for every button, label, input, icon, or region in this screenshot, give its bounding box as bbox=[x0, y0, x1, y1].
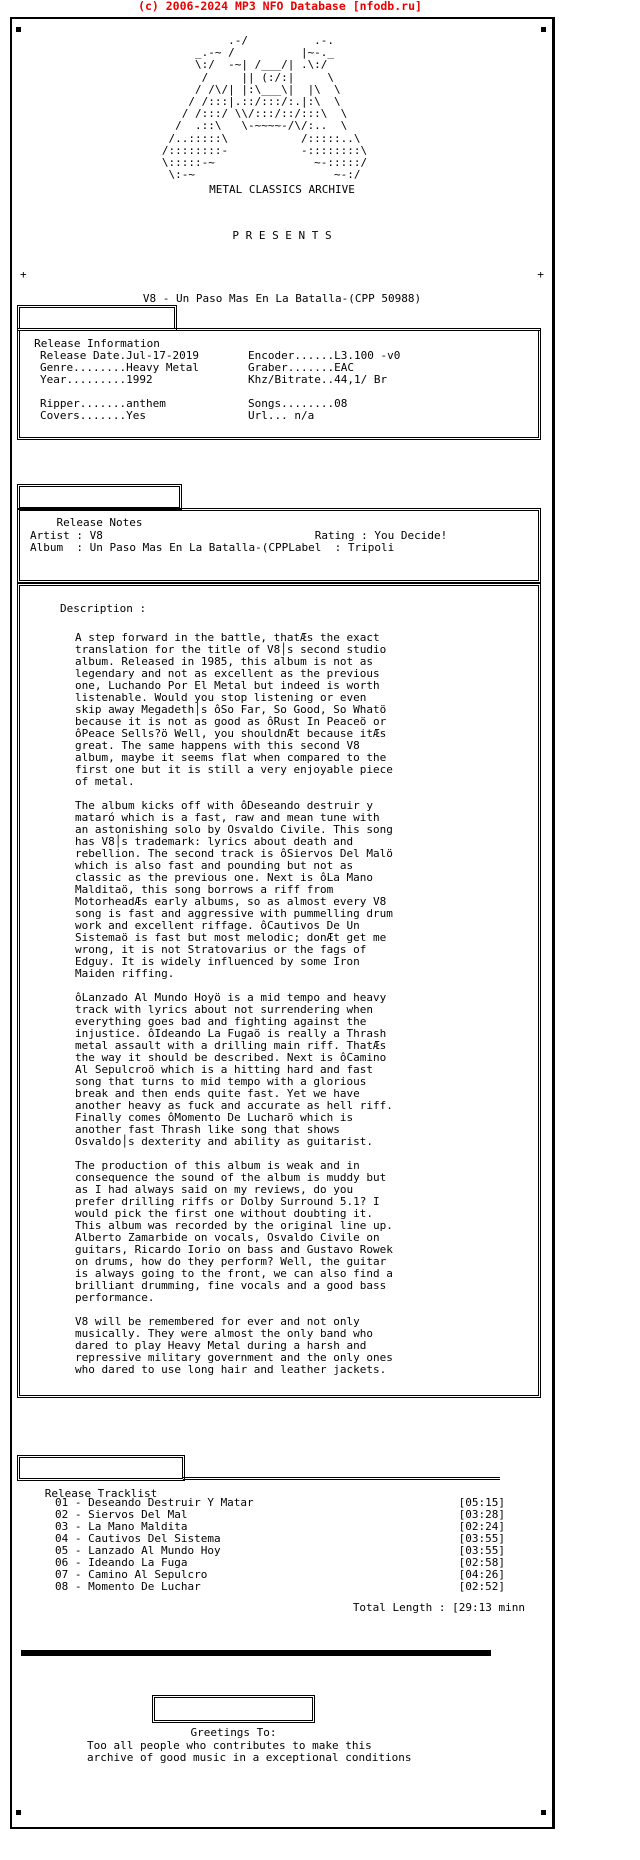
greetings-text: Too all people who contributes to make t… bbox=[87, 1740, 412, 1764]
description-paragraph: A step forward in the battle, thatÆs the… bbox=[75, 632, 505, 788]
corner-marker bbox=[16, 1810, 21, 1815]
ascii-logo: .-/ .-. _.-~ / |~-._ \:/ -~| /___/| .\:/… bbox=[12, 35, 552, 181]
release-info-right: Encoder......L3.100 -v0Graber.......EACK… bbox=[248, 350, 400, 422]
track-duration: [02:52] bbox=[459, 1581, 505, 1593]
archive-title: METAL CLASSICS ARCHIVE bbox=[12, 184, 552, 196]
bullet-left: + bbox=[20, 269, 27, 281]
release-info-left: Release Date.Jul-17-2019Genre........Hea… bbox=[40, 350, 199, 422]
corner-marker bbox=[541, 1810, 546, 1815]
tab-underline bbox=[183, 1477, 500, 1480]
info-row: Year.........1992 bbox=[40, 374, 199, 386]
presents-heading: P R E S E N T S bbox=[12, 230, 552, 242]
description-paragraph: ôLanzado Al Mundo Hoyö is a mid tempo an… bbox=[75, 992, 505, 1148]
corner-marker bbox=[16, 27, 21, 32]
description-label: Description : bbox=[60, 603, 146, 615]
total-length: Total Length : [29:13 minn bbox=[353, 1602, 525, 1614]
description-paragraph: The album kicks off with ôDeseando destr… bbox=[75, 800, 505, 980]
corner-marker bbox=[541, 27, 546, 32]
tab-release-tracklist: Release Tracklist bbox=[17, 1455, 185, 1481]
copyright-banner: (c) 2006-2024 MP3 NFO Database [nfodb.ru… bbox=[0, 0, 560, 13]
tab-release-notes: Release Notes bbox=[17, 484, 182, 510]
album-line: Album : Un Paso Mas En La Batalla-(CPPLa… bbox=[30, 542, 394, 554]
section-divider bbox=[21, 1650, 491, 1656]
description-paragraph: The production of this album is weak and… bbox=[75, 1160, 505, 1304]
track-title: 08 - Momento De Luchar bbox=[55, 1580, 201, 1593]
info-row: Covers.......Yes bbox=[40, 410, 199, 422]
greetings-heading-box: Greetings To: bbox=[152, 1695, 315, 1723]
bullet-right: + bbox=[537, 269, 544, 281]
release-title: V8 - Un Paso Mas En La Batalla-(CPP 5098… bbox=[12, 293, 552, 305]
tracklist: 01 - Deseando Destruir Y Matar[05:15]02 … bbox=[55, 1497, 525, 1593]
info-row: Url... n/a bbox=[248, 410, 400, 422]
track-row: 08 - Momento De Luchar[02:52] bbox=[55, 1581, 525, 1593]
description-text: A step forward in the battle, thatÆs the… bbox=[75, 632, 505, 1388]
info-row: Khz/Bitrate..44,1/ Br bbox=[248, 374, 400, 386]
description-paragraph: V8 will be remembered for ever and not o… bbox=[75, 1316, 505, 1376]
greetings-label: Greetings To: bbox=[155, 1722, 312, 1739]
